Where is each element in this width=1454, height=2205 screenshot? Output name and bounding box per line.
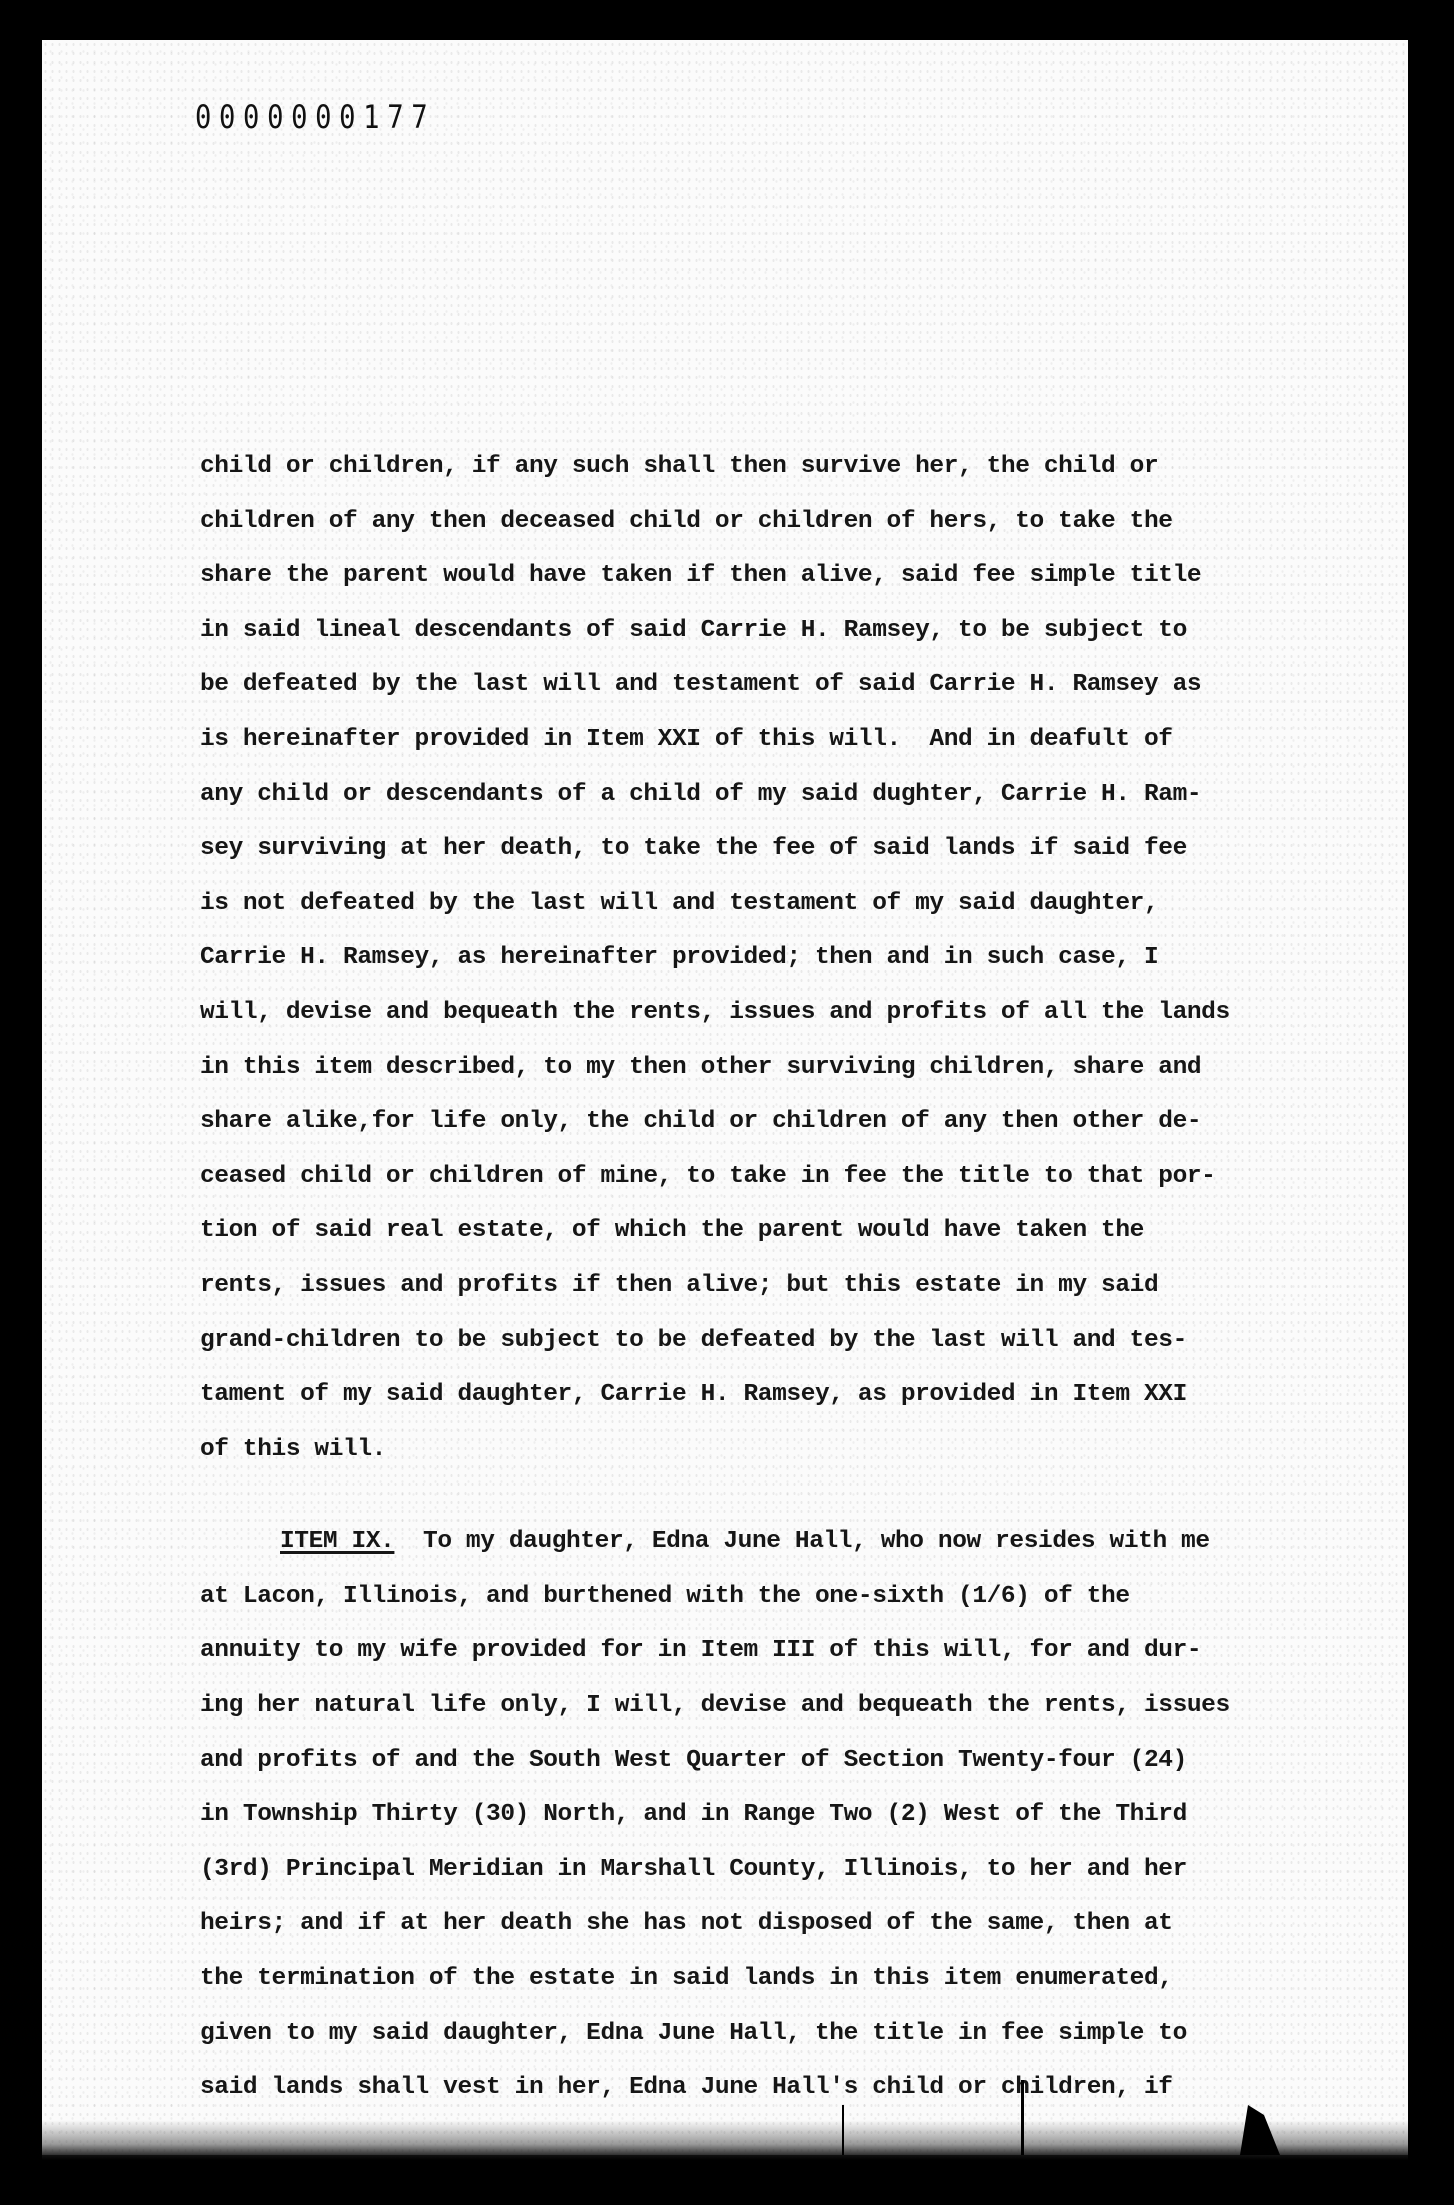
tear-line <box>842 2105 844 2155</box>
text-line: in said lineal descendants of said Carri… <box>200 604 1380 659</box>
text-line: be defeated by the last will and testame… <box>200 658 1380 713</box>
text-line: heirs; and if at her death she has not d… <box>200 1897 1380 1952</box>
text-line: at Lacon, Illinois, and burthened with t… <box>200 1570 1380 1625</box>
text-line: Carrie H. Ramsey, as hereinafter provide… <box>200 931 1380 986</box>
text-line: will, devise and bequeath the rents, iss… <box>200 986 1380 1041</box>
item-heading: ITEM IX. <box>280 1528 394 1555</box>
document-number: 0000000177 <box>195 98 435 136</box>
text-line: in Township Thirty (30) North, and in Ra… <box>200 1788 1380 1843</box>
text-line: is not defeated by the last will and tes… <box>200 877 1380 932</box>
text-line: in this item described, to my then other… <box>200 1041 1380 1096</box>
text-line: grand-children to be subject to be defea… <box>200 1314 1380 1369</box>
tear-line <box>1021 2080 1024 2155</box>
item-ix-paragraph: ITEM IX. To my daughter, Edna June Hall,… <box>200 1515 1380 2116</box>
text-line: children of any then deceased child or c… <box>200 495 1380 550</box>
text-line: given to my said daughter, Edna June Hal… <box>200 2007 1380 2062</box>
document-body: child or children, if any such shall the… <box>200 440 1380 2116</box>
text-line: child or children, if any such shall the… <box>200 440 1380 495</box>
paragraph-continuation: child or children, if any such shall the… <box>200 440 1380 1477</box>
text-line: annuity to my wife provided for in Item … <box>200 1624 1380 1679</box>
text-line: said lands shall vest in her, Edna June … <box>200 2061 1380 2116</box>
text-line: (3rd) Principal Meridian in Marshall Cou… <box>200 1843 1380 1898</box>
text-line: share the parent would have taken if the… <box>200 549 1380 604</box>
text-line: tion of said real estate, of which the p… <box>200 1204 1380 1259</box>
text-line: share alike,for life only, the child or … <box>200 1095 1380 1150</box>
text-line: the termination of the estate in said la… <box>200 1952 1380 2007</box>
text-line: ing her natural life only, I will, devis… <box>200 1679 1380 1734</box>
text-line: and profits of and the South West Quarte… <box>200 1734 1380 1789</box>
paragraph-gap <box>200 1477 1380 1515</box>
text-line: sey surviving at her death, to take the … <box>200 822 1380 877</box>
text-line: tament of my said daughter, Carrie H. Ra… <box>200 1368 1380 1423</box>
text-line: is hereinafter provided in Item XXI of t… <box>200 713 1380 768</box>
text-line: any child or descendants of a child of m… <box>200 768 1380 823</box>
text-line: ITEM IX. To my daughter, Edna June Hall,… <box>200 1515 1380 1570</box>
torn-bottom-edge <box>42 2120 1408 2160</box>
text-run: To my daughter, Edna June Hall, who now … <box>394 1528 1209 1555</box>
text-line: of this will. <box>200 1423 1380 1478</box>
text-line: ceased child or children of mine, to tak… <box>200 1150 1380 1205</box>
text-line: rents, issues and profits if then alive;… <box>200 1259 1380 1314</box>
